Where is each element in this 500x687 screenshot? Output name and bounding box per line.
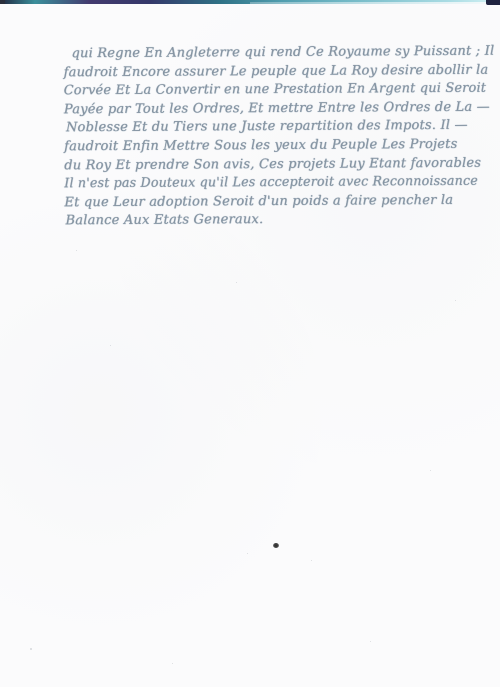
- manuscript-line: Il n'est pas Douteux qu'il Les acceptero…: [64, 173, 466, 194]
- scanned-manuscript-page: qui Regne En Angleterre qui rend Ce Roya…: [0, 0, 500, 687]
- manuscript-line: Et que Leur adoption Seroit d'un poids a…: [64, 191, 478, 212]
- manuscript-line: Corvée Et La Convertir en une Prestation…: [64, 80, 474, 101]
- manuscript-line: faudroit Encore assurer Le peuple que La…: [64, 61, 478, 82]
- manuscript-line: qui Regne En Angleterre qui rend Ce Roya…: [63, 43, 477, 64]
- scan-speckle: [430, 470, 431, 471]
- manuscript-line: Noblesse Et du Tiers une Juste repartiti…: [64, 117, 478, 138]
- scan-corner-mark: [0, 0, 5, 4]
- scan-speckle: [172, 663, 173, 664]
- scan-speckle: [311, 560, 312, 561]
- manuscript-line: faudroit Enfin Mettre Sous les yeux du P…: [64, 136, 478, 157]
- scan-speckle: [370, 641, 371, 642]
- scan-edge-corner-blob: [486, 0, 500, 5]
- scan-speckle: [76, 250, 77, 251]
- manuscript-line: Payée par Tout les Ordres, Et mettre Ent…: [64, 99, 478, 120]
- ink-blot-dot: [273, 543, 279, 548]
- scan-speckle: [30, 648, 32, 650]
- scan-speckle: [110, 345, 111, 346]
- scan-edge-top-fade: [250, 2, 500, 4]
- manuscript-line: Balance Aux Etats Generaux.: [64, 210, 478, 231]
- scan-speckle: [247, 553, 248, 554]
- scan-speckle: [236, 282, 237, 283]
- scan-speckle: [455, 300, 456, 301]
- manuscript-line: du Roy Et prendre Son avis, Ces projets …: [64, 154, 478, 175]
- manuscript-text-block: qui Regne En Angleterre qui rend Ce Roya…: [63, 43, 478, 231]
